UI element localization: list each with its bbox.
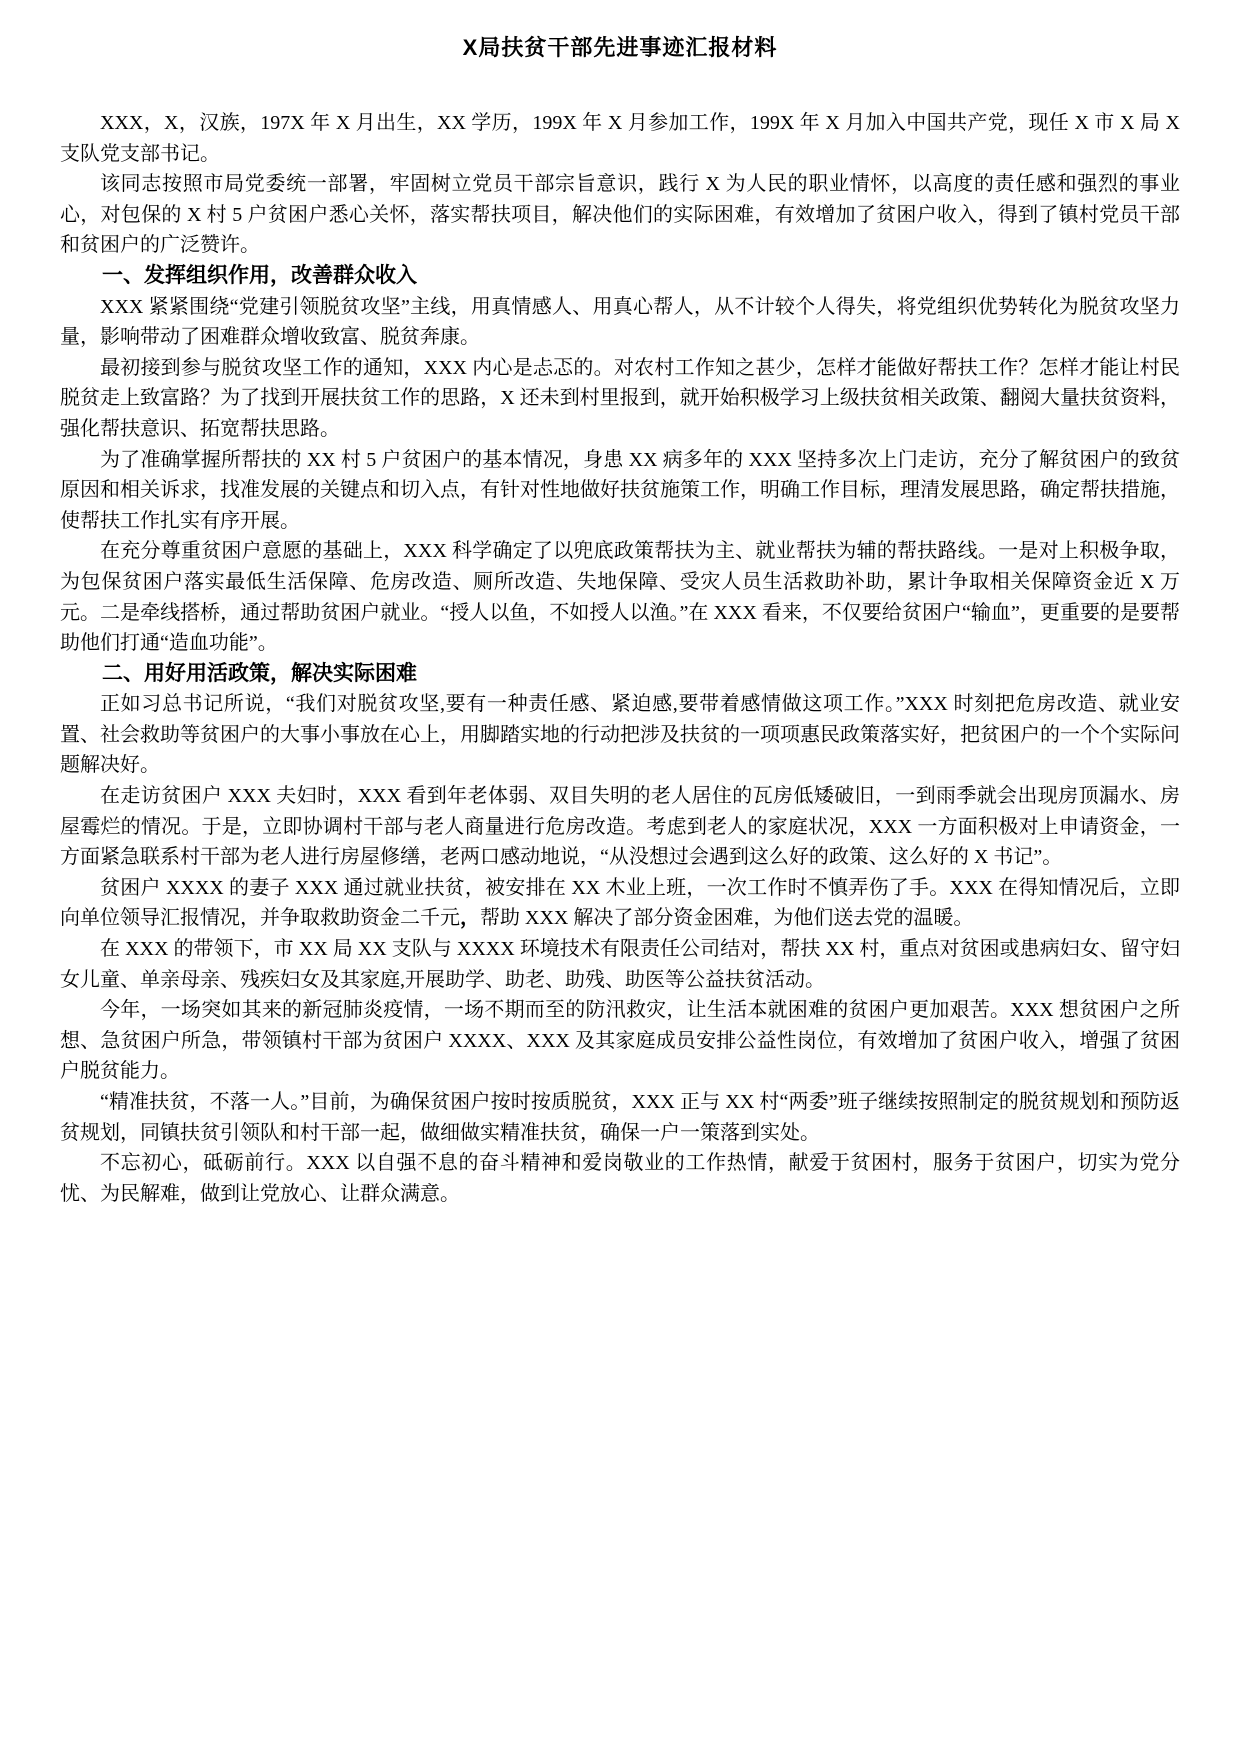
paragraph-intro-bio: XXX，X，汉族，197X 年 X 月出生，XX 学历，199X 年 X 月参加… bbox=[60, 108, 1180, 169]
paragraph-party-building: XXX 紧紧围绕“党建引领脱贫攻坚”主线，用真情感人、用真心帮人，从不计较个人得… bbox=[60, 292, 1180, 353]
paragraph-initial-notice: 最初接到参与脱贫攻坚工作的通知，XXX 内心是忐忑的。对农村工作知之甚少，怎样才… bbox=[60, 353, 1180, 445]
section-heading-1: 一、发挥组织作用，改善群众收入 bbox=[60, 261, 1180, 292]
section-heading-2: 二、用好用活政策，解决实际困难 bbox=[60, 659, 1180, 690]
paragraph-epidemic-flood: 今年，一场突如其来的新冠肺炎疫情，一场不期而至的防汛救灾，让生活本就困难的贫困户… bbox=[60, 995, 1180, 1087]
paragraph-house-renovation: 在走访贫困户 XXX 夫妇时，XXX 看到年老体弱、双目失明的老人居住的瓦房低矮… bbox=[60, 781, 1180, 873]
paragraph-precision-poverty-relief: “精准扶贫，不落一人。”目前，为确保贫困户按时按质脱贫，XXX 正与 XX 村“… bbox=[60, 1087, 1180, 1148]
paragraph-household-visits: 为了准确掌握所帮扶的 XX 村 5 户贫困户的基本情况，身患 XX 病多年的 X… bbox=[60, 445, 1180, 537]
bold-comma: ， bbox=[460, 907, 480, 929]
paragraph-injury-aid-text-end: 帮助 XXX 解决了部分资金困难，为他们送去党的温暖。 bbox=[480, 907, 973, 929]
paragraph-support-route: 在充分尊重贫困户意愿的基础上，XXX 科学确定了以兜底政策帮扶为主、就业帮扶为辅… bbox=[60, 536, 1180, 658]
paragraph-policy-implementation: 正如习总书记所说，“我们对脱贫攻坚,要有一种责任感、紧迫感,要带着感情做这项工作… bbox=[60, 689, 1180, 781]
document-page: X局扶贫干部先进事迹汇报材料 XXX，X，汉族，197X 年 X 月出生，XX … bbox=[0, 0, 1240, 1754]
document-title: X局扶贫干部先进事迹汇报材料 bbox=[60, 30, 1180, 66]
paragraph-injury-aid: 贫困户 XXXX 的妻子 XXX 通过就业扶贫，被安排在 XX 木业上班，一次工… bbox=[60, 873, 1180, 934]
paragraph-company-pairing: 在 XXX 的带领下，市 XX 局 XX 支队与 XXXX 环境技术有限责任公司… bbox=[60, 934, 1180, 995]
paragraph-closing: 不忘初心，砥砺前行。XXX 以自强不息的奋斗精神和爱岗敬业的工作热情，献爱于贫困… bbox=[60, 1148, 1180, 1209]
paragraph-overview: 该同志按照市局党委统一部署，牢固树立党员干部宗旨意识，践行 X 为人民的职业情怀… bbox=[60, 169, 1180, 261]
